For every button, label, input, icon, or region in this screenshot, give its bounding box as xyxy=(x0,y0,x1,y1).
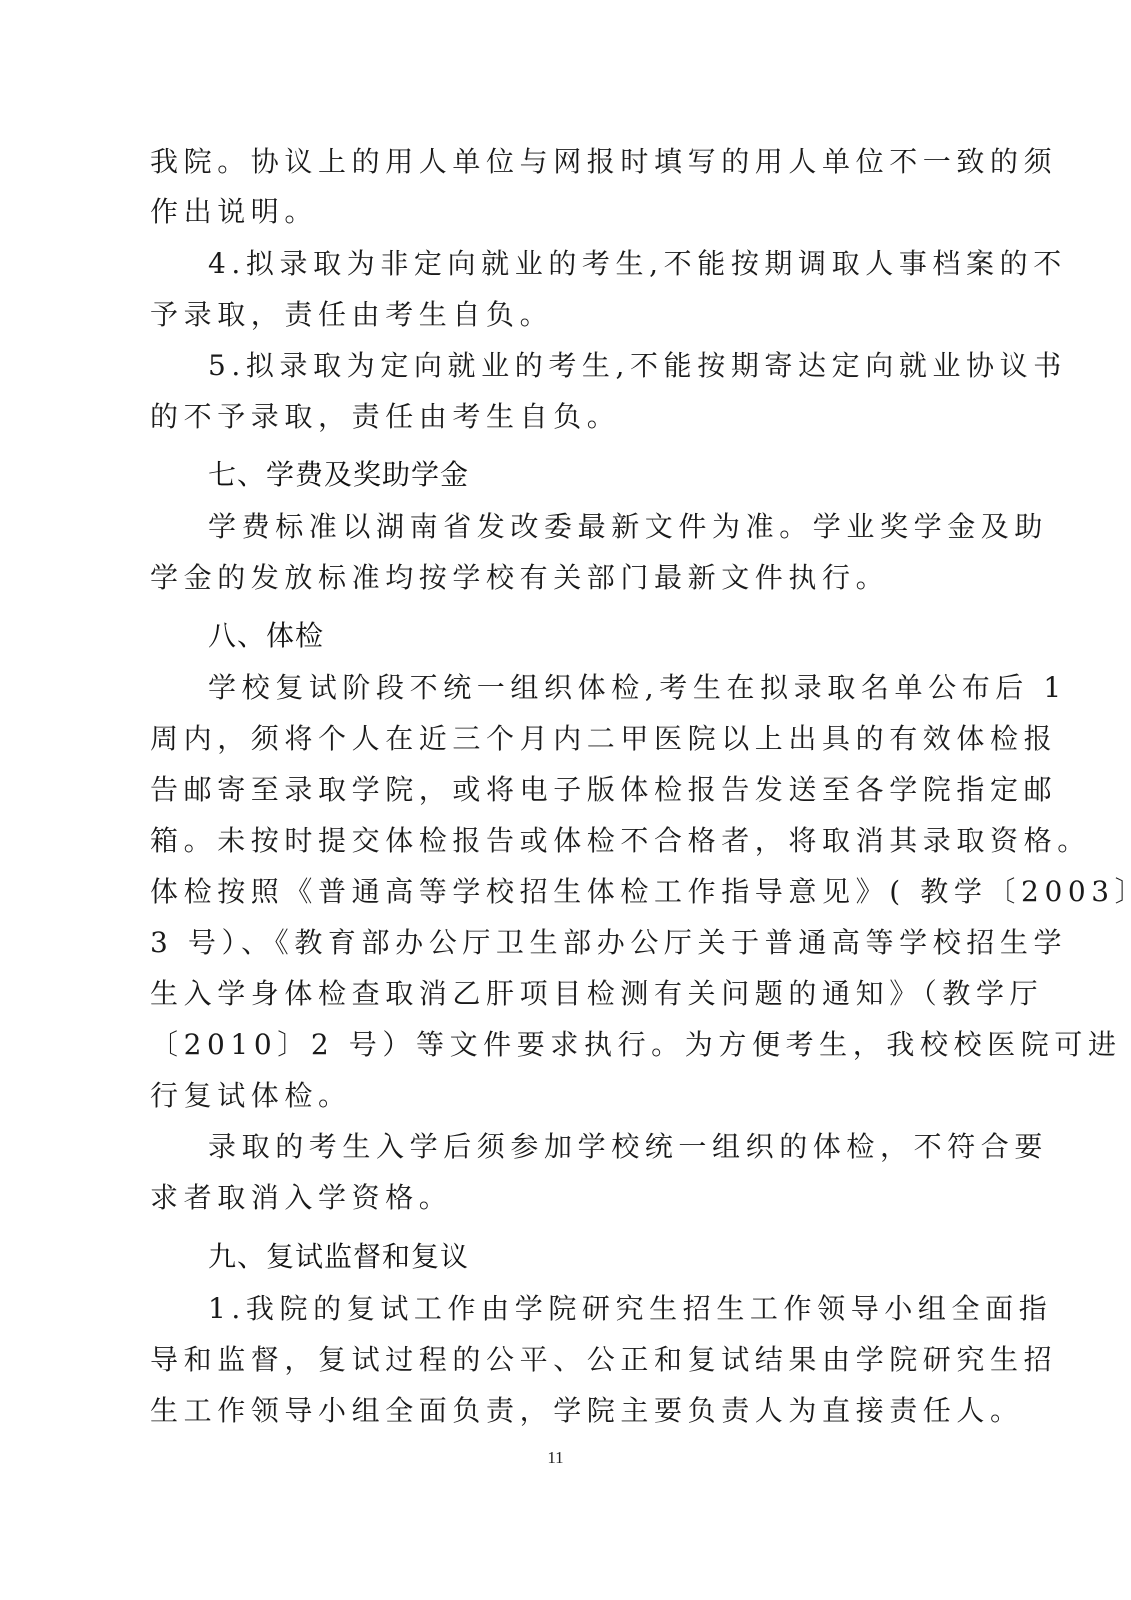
page-number: 11 xyxy=(0,1448,1111,1468)
paragraph-line: 箱。未按时提交体检报告或体检不合格者，将取消其录取资格。 xyxy=(150,821,962,861)
paragraph-line: 体检按照《普通高等学校招生体检工作指导意见》( 教学〔2003〕 xyxy=(150,872,962,912)
paragraph-line: 导和监督，复试过程的公平、公正和复试结果由学院研究生招 xyxy=(150,1340,962,1380)
document-page: 我院。协议上的用人单位与网报时填写的用人单位不一致的须 作出说明。 4.拟录取为… xyxy=(0,0,1131,1600)
paragraph-line: 求者取消入学资格。 xyxy=(150,1178,962,1218)
section-heading-supervision: 九、复试监督和复议 xyxy=(208,1237,469,1277)
paragraph-line: 学金的发放标准均按学校有关部门最新文件执行。 xyxy=(150,558,962,598)
paragraph-line: 生入学身体检查取消乙肝项目检测有关问题的通知》（教学厅 xyxy=(150,974,962,1014)
paragraph-line: 3 号）、《教育部办公厅卫生部办公厅关于普通高等学校招生学 xyxy=(150,923,962,963)
paragraph-line: 行复试体检。 xyxy=(150,1076,962,1116)
paragraph-line: 告邮寄至录取学院，或将电子版体检报告发送至各学院指定邮 xyxy=(150,770,962,810)
paragraph-line: 学费标准以湖南省发改委最新文件为准。学业奖学金及助 xyxy=(208,507,962,547)
paragraph-line: 〔2010〕2 号）等文件要求执行。为方便考生，我校校医院可进 xyxy=(150,1025,962,1065)
paragraph-line: 予录取，责任由考生自负。 xyxy=(150,295,962,335)
paragraph-line: 1.我院的复试工作由学院研究生招生工作领导小组全面指 xyxy=(208,1289,962,1329)
paragraph-line: 我院。协议上的用人单位与网报时填写的用人单位不一致的须 xyxy=(150,142,962,182)
paragraph-line: 4.拟录取为非定向就业的考生,不能按期调取人事档案的不 xyxy=(208,244,962,284)
section-heading-physical-exam: 八、体检 xyxy=(208,616,324,656)
section-heading-tuition: 七、学费及奖助学金 xyxy=(208,455,469,495)
paragraph-line: 生工作领导小组全面负责，学院主要负责人为直接责任人。 xyxy=(150,1391,962,1431)
paragraph-line: 学校复试阶段不统一组织体检,考生在拟录取名单公布后 1 xyxy=(208,668,962,708)
paragraph-line: 5.拟录取为定向就业的考生,不能按期寄达定向就业协议书 xyxy=(208,346,962,386)
paragraph-line: 的不予录取，责任由考生自负。 xyxy=(150,397,962,437)
paragraph-line: 作出说明。 xyxy=(150,192,962,232)
paragraph-line: 周内，须将个人在近三个月内二甲医院以上出具的有效体检报 xyxy=(150,719,962,759)
paragraph-line: 录取的考生入学后须参加学校统一组织的体检，不符合要 xyxy=(208,1127,962,1167)
